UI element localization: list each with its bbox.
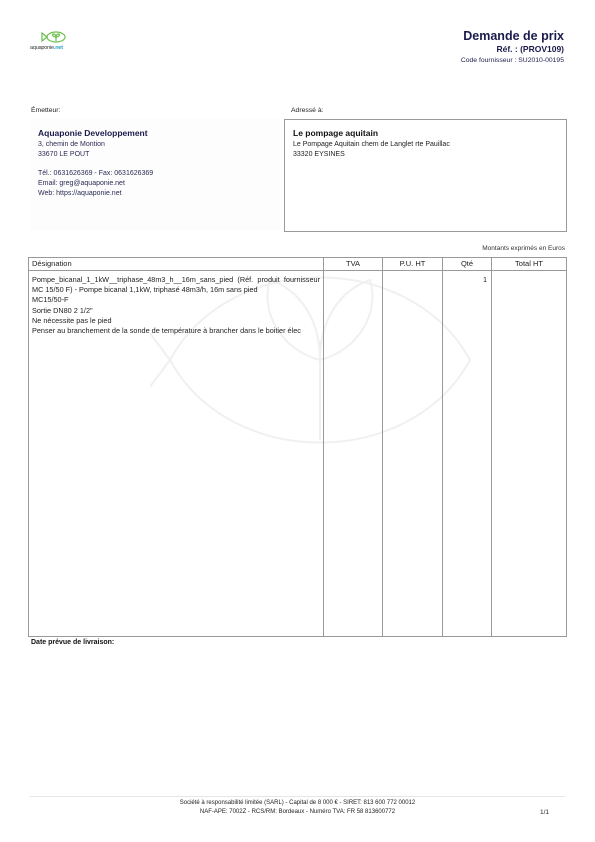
item-detail: Penser au branchement de la sonde de tem… xyxy=(32,326,320,336)
header-pu-ht: P.U. HT xyxy=(383,258,442,271)
emitter-name: Aquaponie Developpement xyxy=(38,128,272,138)
header-qty: Qté xyxy=(443,258,491,271)
page-number: 1/1 xyxy=(540,809,549,816)
emitter-panel: Aquaponie Developpement 3, chemin de Mon… xyxy=(30,118,280,230)
table-row: Pompe_bicanal_1_1kW__triphase_48m3_h__16… xyxy=(29,271,323,340)
column-tva: TVA xyxy=(324,258,383,636)
item-total-ht xyxy=(492,271,566,279)
item-detail: Ne nécessite pas le pied xyxy=(32,316,320,326)
fish-sprout-icon xyxy=(41,30,67,44)
currency-note: Montants exprimés en Euros xyxy=(482,245,565,252)
supplier-code: Code fournisseur : SU2010-00195 xyxy=(461,57,564,64)
item-tva xyxy=(324,271,382,279)
emitter-email[interactable]: Email: greg@aquaponie.net xyxy=(38,179,272,189)
emitter-address-line2: 33670 LE POUT xyxy=(38,150,272,160)
emitter-web[interactable]: Web: https://aquaponie.net xyxy=(38,189,272,199)
header-tva: TVA xyxy=(324,258,382,271)
emitter-phone-fax: Tél.: 0631626369 - Fax: 0631626369 xyxy=(38,169,272,179)
recipient-name: Le pompage aquitain xyxy=(293,128,558,138)
document-reference: Réf. : (PROV109) xyxy=(496,44,564,54)
column-qty: Qté 1 xyxy=(443,258,492,636)
recipient-address-line2: 33320 EYSINES xyxy=(293,150,558,160)
delivery-date-label: Date prévue de livraison: xyxy=(31,639,114,646)
footer-divider xyxy=(30,796,565,797)
item-pu-ht xyxy=(383,271,442,279)
header-total-ht: Total HT xyxy=(492,258,566,271)
footer-legal-line1: Société à responsabilité limitée (SARL) … xyxy=(0,800,595,806)
logo-wordmark: aquaponie.net xyxy=(30,45,63,51)
header-designation: Désignation xyxy=(29,258,323,271)
item-qty: 1 xyxy=(443,271,491,289)
recipient-panel: Le pompage aquitain Le Pompage Aquitain … xyxy=(284,119,567,232)
item-detail: Sortie DN80 2 1/2" xyxy=(32,306,320,316)
item-detail: MC15/50-F xyxy=(32,295,320,305)
recipient-label: Adressé à: xyxy=(291,107,324,114)
column-designation: Désignation Pompe_bicanal_1_1kW__triphas… xyxy=(29,258,324,636)
items-table: Désignation Pompe_bicanal_1_1kW__triphas… xyxy=(28,257,567,637)
item-designation: Pompe_bicanal_1_1kW__triphase_48m3_h__16… xyxy=(32,275,320,295)
document-title: Demande de prix xyxy=(463,29,564,43)
company-logo: aquaponie.net xyxy=(30,30,80,56)
column-total-ht: Total HT xyxy=(492,258,566,636)
footer-legal-line2: NAF-APE: 7002Z - RCS/RM: Bordeaux - Numé… xyxy=(0,809,595,815)
emitter-label: Émetteur: xyxy=(31,107,60,114)
emitter-address-line1: 3, chemin de Montion xyxy=(38,140,272,150)
recipient-address-line1: Le Pompage Aquitain chem de Langlet rte … xyxy=(293,140,558,150)
column-pu-ht: P.U. HT xyxy=(383,258,443,636)
